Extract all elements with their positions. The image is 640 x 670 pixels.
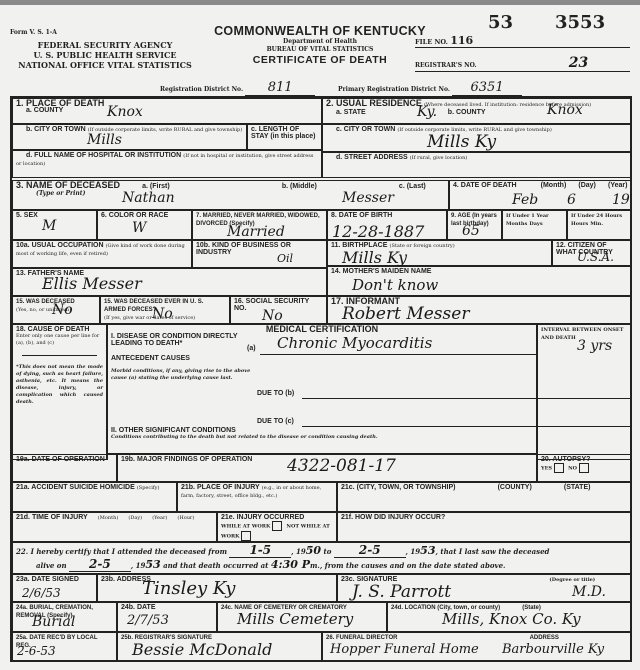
burial-date-label: 24b. DATE (121, 604, 156, 611)
residence-state-county: 2. USUAL RESIDENCE (Where deceased lived… (322, 98, 632, 124)
signature-value: J. S. Parrott (352, 582, 451, 602)
cert-to-value: 2-5 (334, 543, 406, 558)
physician-certification: 22. I hereby certify that I attended the… (12, 542, 632, 574)
primary-district: Primary Registration District No. 6351 (338, 80, 522, 96)
street-note: (If rural, give location) (410, 155, 467, 161)
date-of-operation: 19a. DATE OF OPERATION (12, 454, 117, 482)
certificate-form: 1. PLACE OF DEATH a. COUNTY Knox b. CITY… (10, 96, 632, 662)
operation-date-label: 19a. DATE OF OPERATION (16, 456, 105, 463)
agency-line-2: U. S. PUBLIC HEALTH SERVICE (10, 50, 200, 60)
part1-label: I. DISEASE OR CONDITION DIRECTLY LEADING… (111, 333, 251, 347)
citizen-value: U.S.A. (577, 250, 614, 264)
agency-line-1: FEDERAL SECURITY AGENCY (10, 40, 200, 50)
sex-label: 5. SEX (16, 212, 38, 219)
occupation-label: 10a. USUAL OCCUPATION (16, 242, 104, 249)
mother-value: Don't know (352, 276, 438, 294)
autopsy: 20. AUTOPSY? YES NO (537, 454, 632, 482)
cause-of-death-legend: 18. CAUSE OF DEATH Enter only one cause … (12, 324, 107, 460)
scan-border (0, 0, 640, 5)
antecedent-note: Morbid conditions, if any, giving rise t… (111, 368, 251, 382)
antecedent-label: ANTECEDENT CAUSES (111, 355, 533, 362)
cert-alive-year: 53 (145, 558, 160, 571)
injury-day-label: (Day) (120, 515, 142, 521)
name-label: 3. NAME OF DECEASED (16, 180, 120, 190)
cause-note: Enter only one cause per line for (a), (… (16, 333, 103, 347)
registrars-no-label: REGISTRAR'S NO. (415, 62, 477, 69)
location-value: Mills, Knox Co. Ky (442, 610, 581, 628)
hospital-label: d. FULL NAME OF HOSPITAL OR INSTITUTION (16, 152, 181, 159)
bureau: BUREAU OF VITAL STATISTICS (200, 46, 440, 54)
cause-label: 18. CAUSE OF DEATH (16, 326, 103, 333)
how-injury-occurred: 21f. HOW DID INJURY OCCUR? (337, 512, 632, 542)
birthplace-value: Mills Ky (342, 248, 407, 267)
age-value: 65 (462, 223, 480, 239)
registrars-no-value: 23 (569, 55, 588, 71)
certificate-header: COMMONWEALTH OF KENTUCKY Department of H… (200, 24, 440, 66)
date-signed-value: 2/6/53 (22, 586, 61, 600)
funeral-address-label: ADDRESS (400, 635, 559, 641)
accident-type: 21a. ACCIDENT SUICIDE HOMICIDE (Specify) (12, 482, 177, 512)
how-injury-label: 21f. HOW DID INJURY OCCUR? (341, 514, 445, 521)
place-of-death-city: b. CITY OR TOWN (If outside corporate li… (12, 124, 247, 150)
registration-district-value: 811 (245, 80, 315, 96)
mother-label: 14. MOTHER'S MAIDEN NAME (331, 268, 431, 275)
cert-19b: , 19 (406, 547, 421, 556)
date-recd-value: 2-6-53 (17, 644, 56, 658)
agency-line-3: NATIONAL OFFICE VITAL STATISTICS (10, 60, 200, 70)
ssn-value: No (262, 308, 283, 324)
certificate-title: CERTIFICATE OF DEATH (200, 54, 440, 66)
file-number: FILE NO. 116 (415, 34, 630, 48)
place-of-death-county: 1. PLACE OF DEATH a. COUNTY (12, 98, 322, 124)
cert-text-5: m., from the causes and on the date stat… (310, 561, 506, 570)
injury-location: 21c. (CITY, TOWN, OR TOWNSHIP) (COUNTY) … (337, 482, 632, 512)
physician-address-value: Tinsley Ky (142, 578, 235, 599)
dob-label: 8. DATE OF BIRTH (331, 212, 392, 219)
autopsy-no-checkbox[interactable] (579, 463, 589, 473)
dob-value: 12-28-1887 (332, 222, 424, 241)
cert-time-value: 4:30 P (271, 558, 310, 571)
death-month-value: Feb (512, 192, 538, 208)
residence-street: d. STREET ADDRESS (If rural, give locati… (322, 152, 632, 178)
not-at-work-checkbox[interactable] (241, 531, 251, 541)
autopsy-no-label: NO (568, 466, 577, 472)
cause-a-label: (a) (247, 345, 256, 352)
operation-findings-label: 19b. MAJOR FINDINGS OF OPERATION (121, 456, 252, 463)
date-of-death-label: 4. DATE OF DEATH (453, 182, 517, 189)
age-under-1-year: If Under 1 Year Months Days (502, 210, 567, 240)
injury-occurred: 21e. INJURY OCCURRED WHILE AT WORK NOT W… (217, 512, 337, 542)
middle-name-label: b. (Middle) (172, 183, 317, 190)
year-label: (Year) (598, 182, 627, 189)
county-label: a. COUNTY (16, 107, 318, 114)
accident-specify: (Specify) (137, 485, 160, 491)
registrar-sig-value: Bessie McDonald (132, 640, 272, 659)
medical-section-title: MEDICAL CERTIFICATION (111, 326, 533, 333)
registration-district: Registration District No. 811 (160, 80, 315, 96)
color-value: W (132, 220, 146, 236)
death-day-value: 6 (567, 192, 576, 208)
residence-state-label: a. STATE (326, 109, 366, 116)
injury-state-label: (STATE) (534, 484, 591, 491)
hospital-name: d. FULL NAME OF HOSPITAL OR INSTITUTION … (12, 150, 322, 178)
time-of-injury: 21d. TIME OF INJURY (Month) (Day) (Year)… (12, 512, 217, 542)
other-conditions: II. OTHER SIGNIFICANT CONDITIONS Conditi… (107, 426, 537, 454)
armed-value: No (52, 302, 73, 318)
degree-value: M.D. (572, 584, 606, 600)
cert-from-year: 50 (306, 544, 321, 557)
cert-19a: , 19 (291, 547, 306, 556)
death-year-value: 19 (612, 192, 630, 208)
informant-value: Robert Messer (342, 304, 469, 324)
at-work-label: WHILE AT WORK (221, 524, 270, 530)
registration-district-label: Registration District No. (160, 86, 243, 93)
place-of-injury: 21b. PLACE OF INJURY (e.g., in or about … (177, 482, 337, 512)
death-county-value: Knox (107, 104, 143, 120)
department: Department of Health (200, 38, 440, 46)
accident-label: 21a. ACCIDENT SUICIDE HOMICIDE (16, 484, 135, 491)
injury-county-label: (COUNTY) (458, 484, 532, 491)
stamp-number: 3553 (555, 12, 605, 33)
state-title: COMMONWEALTH OF KENTUCKY (200, 24, 440, 38)
stamp-year: 53 (488, 12, 513, 33)
injury-year-label: (Year) (144, 515, 167, 521)
registrars-number: REGISTRAR'S NO. 23 (415, 55, 630, 72)
injury-occurred-label: 21e. INJURY OCCURRED (221, 514, 333, 521)
part2-note: Conditions contributing to the death but… (111, 434, 533, 441)
funeral-address-value: Barbourville Ky (502, 642, 604, 657)
business-value: Oil (277, 252, 293, 265)
injury-hour-label: (Hour) (169, 515, 194, 521)
autopsy-label: 20. AUTOPSY? (541, 456, 628, 463)
funeral-value: Hopper Funeral Home (330, 642, 479, 657)
injury-place-label: 21b. PLACE OF INJURY (181, 484, 260, 491)
primary-district-value: 6351 (452, 80, 522, 96)
injury-time-label: 21d. TIME OF INJURY (16, 514, 88, 521)
marital-value: Married (227, 224, 285, 240)
cause-a-value: Chronic Myocarditis (277, 334, 432, 352)
first-name-value: Nathan (122, 190, 175, 206)
interval-value: 3 yrs (577, 338, 612, 354)
first-name-label: a. (First) (122, 183, 170, 190)
cert-to: to (324, 547, 332, 556)
armed-value-2: No (152, 306, 173, 322)
length-of-stay: c. LENGTH OF STAY (in this place) (247, 124, 322, 150)
residence-city-label: c. CITY OR TOWN (326, 126, 395, 133)
cemetery-value: Mills Cemetery (237, 610, 353, 628)
cert-text-3: alive on (16, 561, 67, 570)
autopsy-yes-label: YES (541, 466, 552, 472)
part2-label: II. OTHER SIGNIFICANT CONDITIONS (111, 427, 533, 434)
burial-method-value: Burial (32, 614, 75, 630)
residence-title: 2. USUAL RESIDENCE (326, 98, 422, 108)
primary-district-label: Primary Registration District No. (338, 86, 450, 93)
city-label: b. CITY OR TOWN (16, 126, 86, 133)
color-label: 6. COLOR OR RACE (101, 212, 168, 219)
at-work-checkbox[interactable] (272, 521, 282, 531)
cert-from-value: 1-5 (229, 543, 291, 558)
father-value: Ellis Messer (42, 274, 142, 293)
file-no-value: 116 (450, 34, 473, 47)
street-label: d. STREET ADDRESS (326, 154, 408, 161)
death-city-value: Mills (87, 132, 122, 148)
injury-city-label: 21c. (CITY, TOWN, OR TOWNSHIP) (341, 484, 455, 491)
cert-text-1: 22. I hereby certify that I attended the… (16, 547, 227, 556)
residence-county-value: Knox (547, 102, 583, 118)
cert-text-4: and that death occurred at (163, 561, 268, 570)
cert-alive-value: 2-5 (69, 557, 131, 572)
date-signed-label: 23a. DATE SIGNED (16, 576, 79, 583)
stay-label: c. LENGTH OF STAY (in this place) (251, 126, 315, 140)
cert-19c: , 19 (131, 561, 146, 570)
cert-text-2: , that I last saw the deceased (435, 547, 549, 556)
sex-value: M (42, 218, 56, 234)
armed-note-right: (If yes, give war or dates of service) (104, 315, 195, 321)
place-of-death-title: 1. PLACE OF DEATH (16, 100, 318, 107)
operation-findings-value: 4322-081-17 (287, 456, 396, 476)
last-name-value: Messer (342, 190, 394, 206)
kind-of-business: 10b. KIND OF BUSINESS OR INDUSTRY (192, 240, 327, 268)
autopsy-yes-checkbox[interactable] (554, 463, 564, 473)
residence-city-value: Mills Ky (427, 132, 496, 152)
days-label: Days (529, 221, 542, 227)
month-label: (Month) (519, 182, 567, 189)
cause-a-line (260, 354, 537, 355)
usual-occupation: 10a. USUAL OCCUPATION (Give kind of work… (12, 240, 192, 268)
due-to-c-label: DUE TO (c) (257, 418, 294, 425)
burial-date-value: 2/7/53 (127, 613, 169, 628)
due-to-b-label: DUE TO (b) (257, 390, 294, 397)
last-name-label: c. (Last) (319, 183, 426, 190)
cert-to-year: 53 (420, 544, 435, 557)
file-no-label: FILE NO. (415, 38, 448, 46)
agency-header: Form V. S. 1-A FEDERAL SECURITY AGENCY U… (10, 28, 200, 70)
divider (22, 355, 97, 356)
residence-state-value: Ky. (417, 104, 437, 120)
day-label: (Day) (568, 182, 596, 189)
name-note: (Type or Print) (16, 190, 85, 197)
form-number: Form V. S. 1-A (10, 28, 200, 38)
age-under-24-hours: If Under 24 Hours Hours Min. (567, 210, 632, 240)
funeral-label: 26. FUNERAL DIRECTOR (326, 635, 397, 641)
cause-footnote: *This does not mean the mode of dying, s… (16, 364, 103, 406)
date-of-death: 4. DATE OF DEATH (Month) (Day) (Year) (449, 180, 632, 210)
injury-month-label: (Month) (90, 515, 118, 521)
min-label: Min. (590, 221, 603, 227)
